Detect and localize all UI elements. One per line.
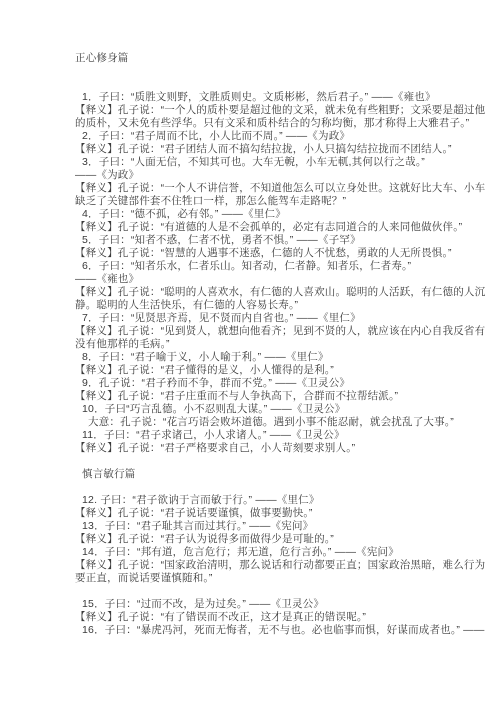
- continuation-line: 的质朴，又未免有些浮华。只有文采和质朴结合的匀称均衡，那才称得上大雅君子。”: [75, 117, 486, 130]
- quote-line: 6．子曰：“知者乐水，仁者乐山。知者动，仁者静。知者乐，仁者寿。”: [75, 260, 486, 273]
- section-title: 正心修身篇: [75, 52, 486, 65]
- explanation-line: 【释义】孔子说：“君子说话要谨慎，做事要勤快。”: [75, 507, 486, 520]
- blank-line: [75, 65, 486, 78]
- source-line: ——《雍也》: [75, 273, 486, 286]
- explanation-line: 大意：孔子说：“花言巧语会败坏道德。遇到小事不能忍耐，就会扰乱了大事。”: [75, 416, 486, 429]
- explanation-line: 【释义】孔子说：“有了错误而不改正，这才是真正的错误呢。”: [75, 611, 486, 624]
- explanation-line: 【释义】孔子说：“聪明的人喜欢水，有仁德的人喜欢山。聪明的人活跃，有仁德的人沉: [75, 286, 486, 299]
- explanation-line: 【释义】孔子说：“君子严格要求自己，小人苛刻要求别人。”: [75, 442, 486, 455]
- explanation-line: 【释义】孔子说：“有道德的人是不会孤单的，必定有志同道合的人来同他做伙伴。”: [75, 221, 486, 234]
- section-title: 慎言敏行篇: [75, 468, 486, 481]
- quote-line: 15．子曰：“过而不改，是为过矣。” ——《卫灵公》: [75, 598, 486, 611]
- explanation-line: 【释义】孔子说：“国家政治清明，那么说话和行动都要正直；国家政治黑暗，难么行为: [75, 559, 486, 572]
- continuation-line: 要正直，而说话要谨慎随和。”: [75, 572, 486, 585]
- quote-line: 11．子曰：“君子求诸己，小人求诸人。” ——《卫灵公》: [75, 429, 486, 442]
- quote-line: 16．子曰：“暴虎冯河，死而无悔者，无不与也。必也临事而惧，好谋而成者也。” —…: [75, 624, 486, 637]
- quote-line: 8．子曰：“君子喻于义，小人喻于利。” ——《里仁》: [75, 351, 486, 364]
- blank-line: [75, 455, 486, 468]
- continuation-line: 没有他那样的毛病。”: [75, 338, 486, 351]
- document-page: 正心修身篇1．子曰：“质胜文则野，文胜质则史。文质彬彬，然后君子。” ——《雍也…: [0, 0, 496, 702]
- quote-line: 5．子曰：“知者不惑，仁者不忧，勇者不惧。” ——《子罕》: [75, 234, 486, 247]
- quote-line: 10．子曰“巧言乱德。小不忍则乱大谋。” ——《卫灵公》: [75, 403, 486, 416]
- source-line: ——《为政》: [75, 169, 486, 182]
- explanation-line: 【释义】孔子说：“智慧的人遇事不迷惑，仁德的人不忧愁，勇敢的人无所畏惧。”: [75, 247, 486, 260]
- quote-line: 2．子曰：“君子周而不比，小人比而不周。” ——《为政》: [75, 130, 486, 143]
- explanation-line: 【释义】孔子说：“君子懂得的是义，小人懂得的是利。”: [75, 364, 486, 377]
- explanation-line: 【释义】孔子说：“见到贤人，就想向他看齐；见到不贤的人，就应该在内心自我反省有: [75, 325, 486, 338]
- explanation-line: 【释义】孔子说：“一个人的质朴要是超过他的文采，就未免有些粗野；文采要是超过他: [75, 104, 486, 117]
- quote-line: 13．子曰：“君子耻其言而过其行。” ——《宪问》: [75, 520, 486, 533]
- document-text-block: 正心修身篇1．子曰：“质胜文则野，文胜质则史。文质彬彬，然后君子。” ——《雍也…: [75, 52, 486, 637]
- quote-line: 4．子曰：“德不孤，必有邻。” ——《里仁》: [75, 208, 486, 221]
- quote-line: 1．子曰：“质胜文则野，文胜质则史。文质彬彬，然后君子。” ——《雍也》: [75, 91, 486, 104]
- quote-line: 12. 子曰：“君子欲讷于言而敏于行。” ——《里仁》: [75, 494, 486, 507]
- continuation-line: 静。聪明的人生活快乐，有仁德的人容易长寿。”: [75, 299, 486, 312]
- quote-line: 3．子曰：“人面无信，不知其可也。大车无輗，小车无軏,其何以行之哉。”: [75, 156, 486, 169]
- continuation-line: 缺乏了关键部件套不住牲口一样，那怎么能驾车走路呢？”: [75, 195, 486, 208]
- explanation-line: 【释义】孔子说：“君子团结人而不搞勾结拉拢，小人只搞勾结拉拢而不团结人。”: [75, 143, 486, 156]
- explanation-line: 【释义】孔子说：“一个人不讲信誉，不知道他怎么可以立身处世。这就好比大车、小车: [75, 182, 486, 195]
- quote-line: 7．子曰：“见贤思齐焉，见不贤而内自省也。” ——《里仁》: [75, 312, 486, 325]
- quote-line: 9．孔子说：“君子矜而不争，群而不党。” ——《卫灵公》: [75, 377, 486, 390]
- explanation-line: 【释义】孔子说：“君子庄重而不与人争执高下，合群而不拉帮结派。”: [75, 390, 486, 403]
- quote-line: 14．子曰：“邦有道，危言危行；邦无道，危行言孙。” ——《宪问》: [75, 546, 486, 559]
- blank-line: [75, 78, 486, 91]
- blank-line: [75, 585, 486, 598]
- blank-line: [75, 481, 486, 494]
- explanation-line: 【释义】孔子说：“君子认为说得多而做得少是可耻的。”: [75, 533, 486, 546]
